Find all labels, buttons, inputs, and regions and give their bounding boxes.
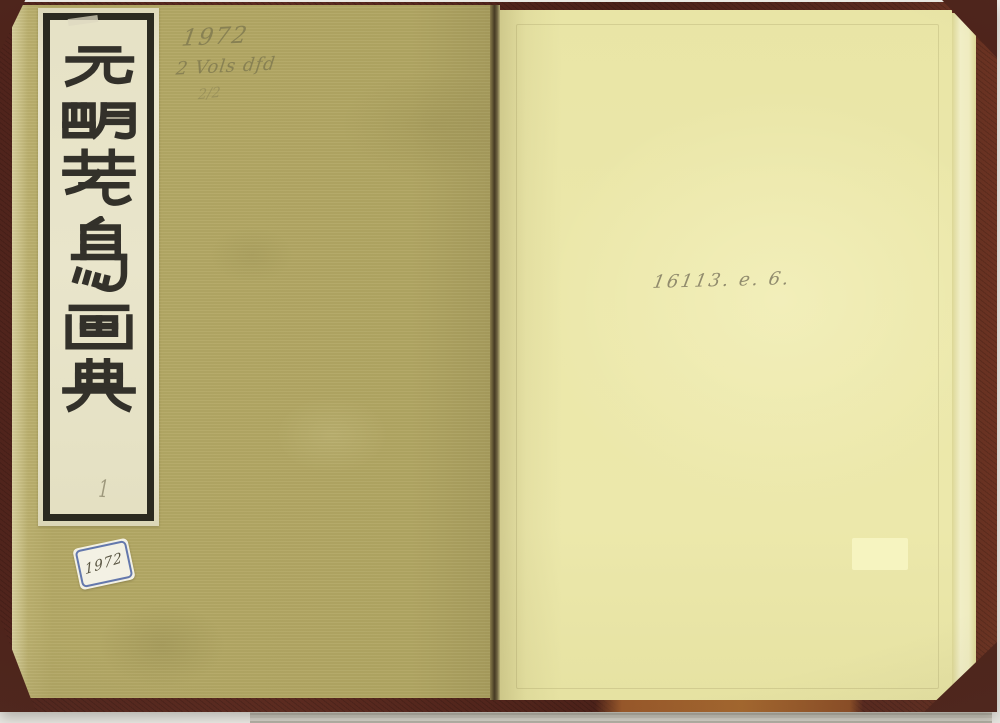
title-character-3 — [59, 148, 139, 210]
book-photograph: 元明花鳥画典 — [0, 0, 1000, 723]
shelfmark-annotation: 16113. e. 6. — [651, 268, 793, 293]
page-pressed-line — [516, 24, 939, 689]
cover-title-label: 元明花鳥画典 — [38, 8, 159, 526]
pencil-price-mark: 2/2 — [197, 85, 221, 104]
title-character-4 — [60, 216, 138, 298]
leather-bottom-worn-edge — [595, 699, 863, 712]
gutter-fold — [490, 5, 500, 700]
title-character-2 — [59, 94, 139, 142]
title-character-6 — [59, 358, 139, 414]
pencil-year-annotation: 1972 — [180, 22, 251, 52]
volume-number-mark: 1 — [98, 475, 110, 504]
front-flyleaf-page — [500, 10, 952, 700]
title-character-1 — [59, 42, 139, 88]
page-light-patch — [852, 538, 908, 570]
title-character-5 — [59, 304, 139, 352]
title-label-frame: 元明花鳥画典 — [43, 13, 154, 521]
title-character-column — [50, 20, 147, 514]
fore-edge-page-strip — [952, 13, 976, 697]
